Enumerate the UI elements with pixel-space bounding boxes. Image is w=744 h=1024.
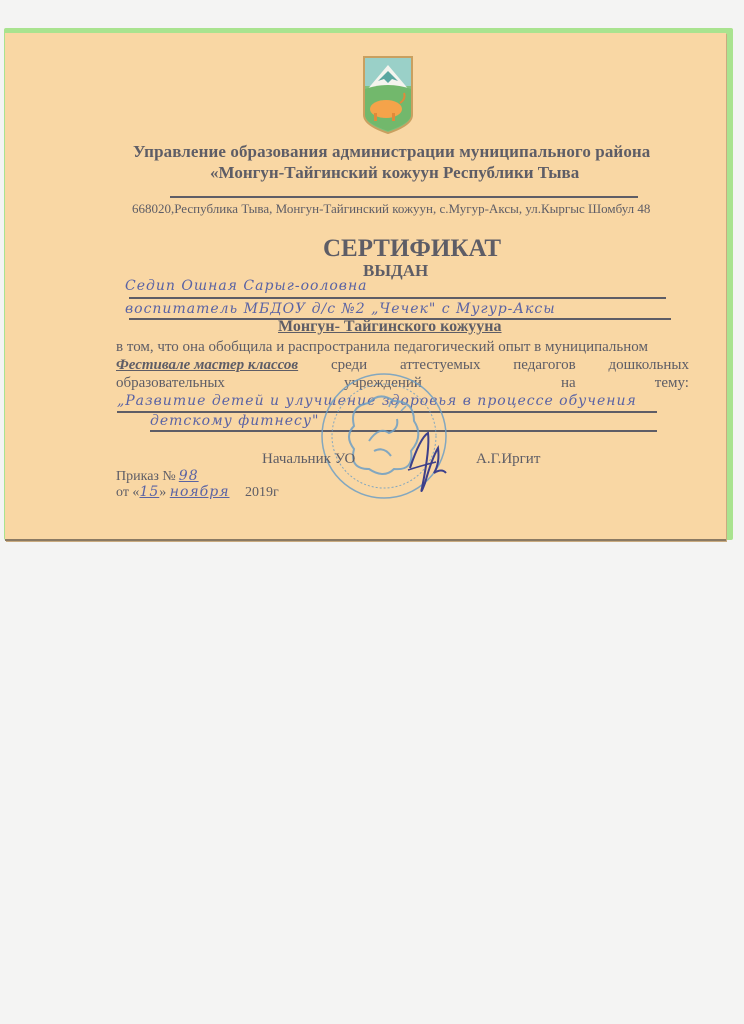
date-prefix: от « [116,485,139,500]
organization-address: 668020,Республика Тыва, Монгун-Тайгински… [132,201,650,217]
topic-line-2: детскому фитнесу" [150,413,319,429]
body-line-1: в том, что она обобщила и распространила… [116,339,648,356]
body-word: дошкольных [609,357,689,374]
signatory-position: Начальник УО [262,451,355,468]
order-label: Приказ № [116,469,176,484]
order-year: 2019г [245,485,279,500]
recipient-name: Седип Ошная Сарыг-ооловна [125,278,368,294]
coat-of-arms-icon [362,55,414,135]
signature-icon [400,428,450,498]
certificate-title: СЕРТИФИКАТ [323,235,501,263]
body-word: педагогов [513,357,575,374]
body-word: образовательных [116,375,225,392]
order-date: от «15» ноября 2019г [116,484,279,501]
order-day: 15 [139,484,159,500]
recipient-position: воспитатель МБДОУ д/с №2 „Чечек" с Мугур… [125,301,556,317]
body-word: тему: [655,375,689,392]
issued-label: ВЫДАН [363,261,428,281]
district-name: Монгун- Тайгинского кожууна [278,318,502,336]
organization-line-1: Управление образования администрации мун… [133,142,650,162]
order-number: Приказ №98 [116,468,199,485]
order-number-value: 98 [179,468,199,484]
body-word: на [561,375,576,392]
signatory-name: А.Г.Иргит [476,451,540,468]
organization-line-2: «Монгун-Тайгинский кожуун Республики Тыв… [210,163,579,183]
festival-name: Фестивале мастер классов [116,357,298,374]
certificate-sheet: Управление образования администрации мун… [5,33,726,541]
recipient-name-line [129,297,666,299]
order-month: ноября [170,484,242,500]
header-divider [170,196,638,198]
date-mid: » [159,485,166,500]
